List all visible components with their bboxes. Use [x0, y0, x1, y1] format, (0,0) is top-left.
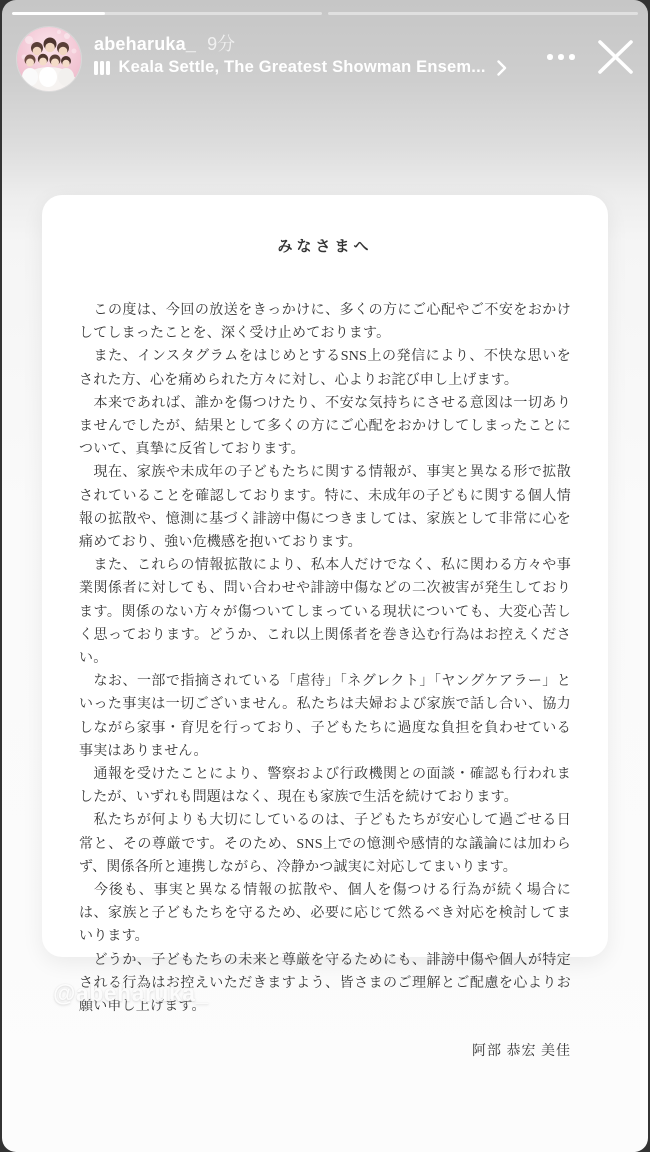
- more-options-icon[interactable]: [543, 50, 579, 64]
- timestamp: 9分: [207, 30, 235, 56]
- family-photo: [17, 27, 81, 91]
- story-view: abeharuka_ 9分 Keala Settle, The Greatest…: [2, 0, 648, 1152]
- story-progress-bar: [12, 12, 638, 15]
- music-title: Keala Settle, The Greatest Showman Ensem…: [119, 58, 486, 77]
- music-equalizer-icon: [94, 61, 110, 75]
- progress-fill: [12, 12, 105, 15]
- progress-segment-upcoming: [328, 12, 638, 15]
- letter-paragraph: 今後も、事実と異なる情報の拡散や、個人を傷つける行為が続く場合には、家族と子ども…: [79, 879, 571, 949]
- letter-paragraph: なお、一部で指摘されている「虐待」「ネグレクト」「ヤングケアラー」といった事実は…: [79, 670, 571, 763]
- letter-body: この度は、今回の放送をきっかけに、多くの方にご心配やご不安をおかけしてしまったこ…: [79, 299, 571, 1018]
- avatar[interactable]: [17, 27, 81, 91]
- letter-paragraph: 通報を受けたことにより、警察および行政機関との面談・確認も行われましたが、いずれ…: [79, 763, 571, 809]
- close-icon[interactable]: [594, 36, 636, 78]
- letter-paragraph: この度は、今回の放送をきっかけに、多くの方にご心配やご不安をおかけしてしまったこ…: [79, 299, 571, 345]
- progress-segment-active: [12, 12, 322, 15]
- mention-sticker[interactable]: @abeharuka_: [53, 980, 209, 1007]
- letter-paragraph: また、インスタグラムをはじめとするSNS上の発信により、不快な思いをされた方、心…: [79, 345, 571, 391]
- music-attribution[interactable]: Keala Settle, The Greatest Showman Ensem…: [94, 58, 507, 77]
- statement-letter-card: みなさまへ この度は、今回の放送をきっかけに、多くの方にご心配やご不安をおかけし…: [42, 195, 608, 957]
- chevron-right-icon: [497, 60, 507, 76]
- letter-paragraph: 現在、家族や未成年の子どもたちに関する情報が、事実と異なる形で拡散されていること…: [79, 461, 571, 554]
- username[interactable]: abeharuka_: [94, 34, 196, 55]
- letter-paragraph: また、これらの情報拡散により、私本人だけでなく、私に関わる方々や事業関係者に対し…: [79, 554, 571, 670]
- story-user-row: abeharuka_ 9分: [94, 30, 235, 56]
- letter-signature: 阿部 恭宏 美佳: [79, 1040, 571, 1060]
- letter-title: みなさまへ: [79, 235, 571, 256]
- letter-paragraph: 本来であれば、誰かを傷つけたり、不安な気持ちにさせる意図は一切ありませんでしたが…: [79, 392, 571, 462]
- letter-paragraph: 私たちが何よりも大切にしているのは、子どもたちが安心して過ごせる日常と、その尊厳…: [79, 809, 571, 879]
